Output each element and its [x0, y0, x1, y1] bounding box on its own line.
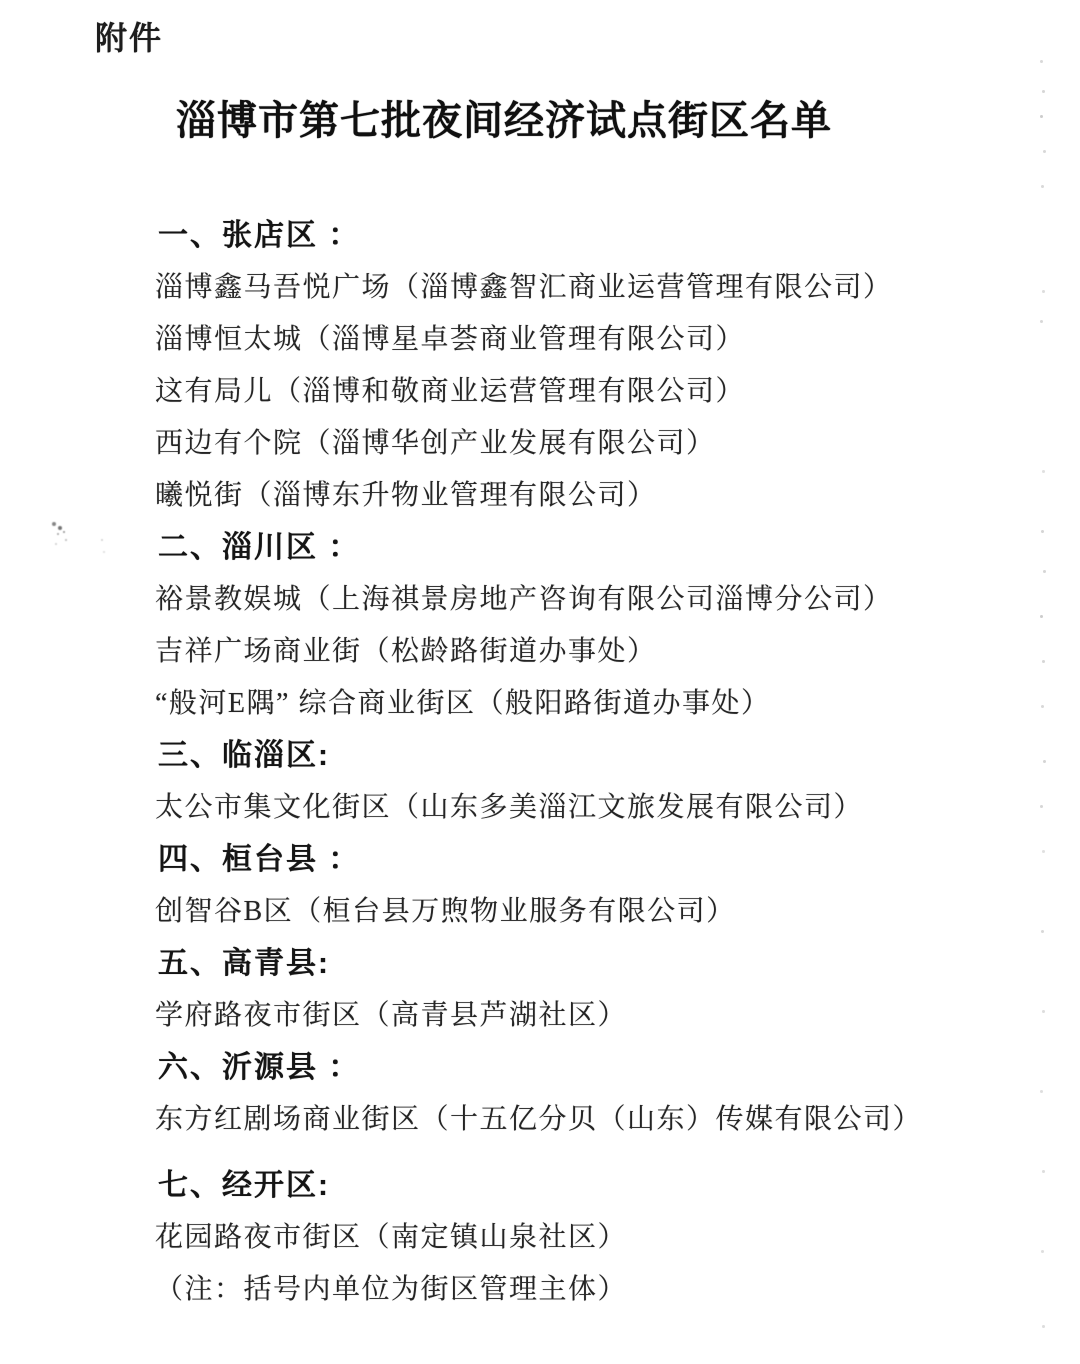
scan-edge-noise-artifact	[1040, 60, 1043, 63]
street-item: 这有局儿（淄博和敬商业运营管理有限公司）	[155, 366, 1080, 418]
section-huantai: 四、桓台县 ： 创智谷B区（桓台县万煦物业服务有限公司）	[0, 834, 1080, 938]
note-line: （注：括号内单位为街区管理主体）	[155, 1264, 1080, 1316]
section-zhangdian: 一、张店区 ： 淄博鑫马吾悦广场（淄博鑫智汇商业运营管理有限公司） 淄博恒太城（…	[0, 210, 1080, 522]
section-heading-gaoqing: 五、高青县:	[158, 938, 1080, 990]
section-yiyuan: 六、沂源县 ： 东方红剧场商业街区（十五亿分贝（山东）传媒有限公司）	[0, 1042, 1080, 1146]
section-jingkai: 七、经开区: 花园路夜市街区（南定镇山泉社区）	[0, 1160, 1080, 1264]
page-title: 淄博市第七批夜间经济试点街区名单	[176, 92, 1080, 150]
street-item: “般河E隅” 综合商业街区（般阳路街道办事处）	[155, 678, 1080, 730]
street-item: 花园路夜市街区（南定镇山泉社区）	[155, 1212, 1080, 1264]
section-heading-huantai: 四、桓台县 ：	[158, 834, 1080, 886]
street-item: 淄博鑫马吾悦广场（淄博鑫智汇商业运营管理有限公司）	[155, 262, 1080, 314]
street-item: 太公市集文化街区（山东多美淄江文旅发展有限公司）	[155, 782, 1080, 834]
section-heading-yiyuan: 六、沂源县 ：	[158, 1042, 1080, 1094]
street-item: 创智谷B区（桓台县万煦物业服务有限公司）	[155, 886, 1080, 938]
attachment-label: 附件	[95, 16, 1080, 60]
scanned-document-page: 附件 淄博市第七批夜间经济试点街区名单 一、张店区 ： 淄博鑫马吾悦广场（淄博鑫…	[0, 0, 1080, 1364]
section-linzi: 三、临淄区: 太公市集文化街区（山东多美淄江文旅发展有限公司）	[0, 730, 1080, 834]
street-item: 吉祥广场商业街（松龄路街道办事处）	[155, 626, 1080, 678]
section-heading-linzi: 三、临淄区:	[158, 730, 1080, 782]
street-item: 学府路夜市街区（高青县芦湖社区）	[155, 990, 1080, 1042]
street-item: 曦悦街（淄博东升物业管理有限公司）	[155, 470, 1080, 522]
street-item: 裕景教娱城（上海祺景房地产咨询有限公司淄博分公司）	[155, 574, 1080, 626]
section-gaoqing: 五、高青县: 学府路夜市街区（高青县芦湖社区）	[0, 938, 1080, 1042]
street-item: 淄博恒太城（淄博星卓荟商业管理有限公司）	[155, 314, 1080, 366]
street-item: 东方红剧场商业街区（十五亿分贝（山东）传媒有限公司）	[155, 1094, 1080, 1146]
section-heading-jingkai: 七、经开区:	[158, 1160, 1080, 1212]
section-zichuan: 二、淄川区 ： 裕景教娱城（上海祺景房地产咨询有限公司淄博分公司） 吉祥广场商业…	[0, 522, 1080, 730]
document-body: 一、张店区 ： 淄博鑫马吾悦广场（淄博鑫智汇商业运营管理有限公司） 淄博恒太城（…	[0, 210, 1080, 1316]
street-item: 西边有个院（淄博华创产业发展有限公司）	[155, 418, 1080, 470]
section-heading-zichuan: 二、淄川区 ：	[158, 522, 1080, 574]
section-heading-zhangdian: 一、张店区 ：	[158, 210, 1080, 262]
